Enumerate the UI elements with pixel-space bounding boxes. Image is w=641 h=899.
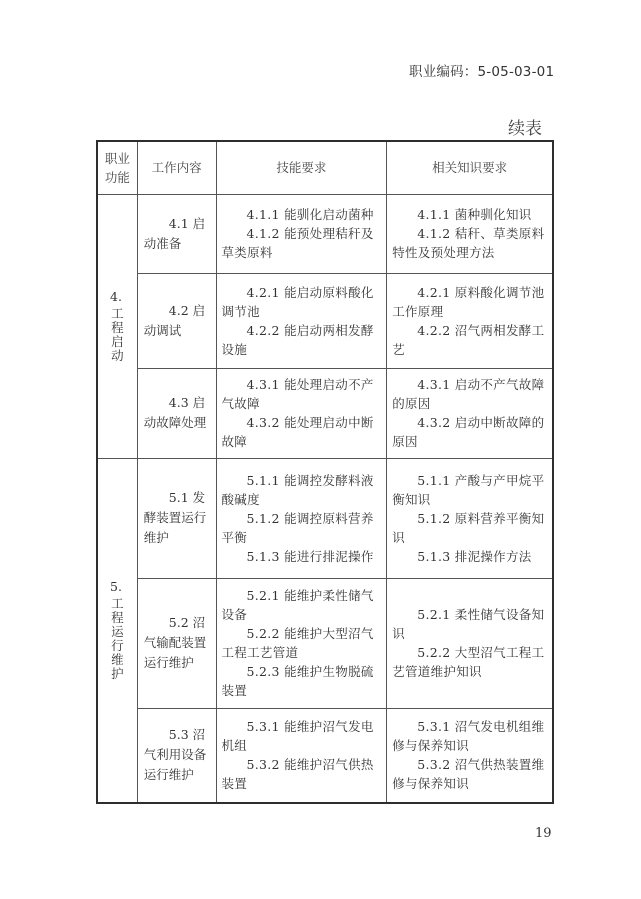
knowledge-item: 5.2.1 柔性储气设备知识 bbox=[392, 605, 548, 643]
skills-cell: 5.2.1 能维护柔性储气设备 5.2.2 能维护大型沼气工程工艺管道 5.2.… bbox=[216, 578, 387, 708]
knowledge-cell: 4.1.1 菌种驯化知识 4.1.2 秸秆、草类原料特性及预处理方法 bbox=[387, 194, 553, 273]
column-header-work: 工作内容 bbox=[137, 141, 216, 194]
column-header-function-line1: 职业 bbox=[105, 151, 130, 166]
table-header-row: 职业 功能 工作内容 技能要求 相关知识要求 bbox=[97, 141, 553, 194]
knowledge-item: 4.3.2 启动中断故障的原因 bbox=[392, 413, 548, 451]
knowledge-item: 5.3.1 沼气发电机组维修与保养知识 bbox=[392, 717, 548, 755]
function-cell-4: 4. 工程启动 bbox=[97, 194, 137, 458]
column-header-knowledge: 相关知识要求 bbox=[387, 141, 553, 194]
skills-table: 职业 功能 工作内容 技能要求 相关知识要求 4. 工程启动 4.1 启动准备 … bbox=[96, 140, 554, 804]
table-row: 4.3 启动故障处理 4.3.1 能处理启动不产气故障 4.3.2 能处理启动中… bbox=[97, 368, 553, 458]
work-content-text: 5.3 沼气利用设备运行维护 bbox=[144, 725, 212, 785]
function-number: 5. bbox=[98, 579, 137, 594]
work-content-cell: 4.3 启动故障处理 bbox=[137, 368, 216, 458]
table-row: 4.2 启动调试 4.2.1 能启动原料酸化调节池 4.2.2 能启动两相发酵设… bbox=[97, 273, 553, 368]
occupation-code: 职业编码：5-05-03-01 bbox=[409, 60, 554, 80]
skill-item: 5.2.1 能维护柔性储气设备 bbox=[222, 586, 383, 624]
page-number: 19 bbox=[535, 826, 552, 841]
column-header-function-line2: 功能 bbox=[105, 170, 130, 185]
work-content-text: 4.2 启动调试 bbox=[144, 301, 212, 341]
skills-cell: 4.3.1 能处理启动不产气故障 4.3.2 能处理启动中断故障 bbox=[216, 368, 387, 458]
knowledge-item: 4.3.1 启动不产气故障的原因 bbox=[392, 375, 548, 413]
skills-cell: 4.2.1 能启动原料酸化调节池 4.2.2 能启动两相发酵设施 bbox=[216, 273, 387, 368]
skill-item: 4.1.1 能驯化启动菌种 bbox=[222, 205, 383, 224]
continued-label: 续表 bbox=[508, 114, 542, 139]
work-content-text: 5.1 发酵装置运行维护 bbox=[144, 488, 212, 548]
knowledge-cell: 4.3.1 启动不产气故障的原因 4.3.2 启动中断故障的原因 bbox=[387, 368, 553, 458]
skill-item: 5.1.2 能调控原料营养平衡 bbox=[222, 509, 383, 547]
skill-item: 4.3.2 能处理启动中断故障 bbox=[222, 413, 383, 451]
skill-item: 4.3.1 能处理启动不产气故障 bbox=[222, 375, 383, 413]
skill-item: 5.2.3 能维护生物脱硫装置 bbox=[222, 662, 383, 700]
skill-item: 5.3.1 能维护沼气发电机组 bbox=[222, 717, 383, 755]
table-row: 5.2 沼气输配装置运行维护 5.2.1 能维护柔性储气设备 5.2.2 能维护… bbox=[97, 578, 553, 708]
function-cell-5: 5. 工程运行维护 bbox=[97, 458, 137, 803]
knowledge-cell: 5.3.1 沼气发电机组维修与保养知识 5.3.2 沼气供热装置维修与保养知识 bbox=[387, 708, 553, 803]
skill-item: 5.2.2 能维护大型沼气工程工艺管道 bbox=[222, 624, 383, 662]
work-content-text: 5.2 沼气输配装置运行维护 bbox=[144, 613, 212, 673]
knowledge-cell: 4.2.1 原料酸化调节池工作原理 4.2.2 沼气两相发酵工艺 bbox=[387, 273, 553, 368]
table-row: 5. 工程运行维护 5.1 发酵装置运行维护 5.1.1 能调控发酵料液酸碱度 … bbox=[97, 458, 553, 578]
work-content-text: 4.1 启动准备 bbox=[144, 214, 212, 254]
work-content-cell: 4.1 启动准备 bbox=[137, 194, 216, 273]
column-header-skills: 技能要求 bbox=[216, 141, 387, 194]
skills-cell: 5.3.1 能维护沼气发电机组 5.3.2 能维护沼气供热装置 bbox=[216, 708, 387, 803]
skills-cell: 5.1.1 能调控发酵料液酸碱度 5.1.2 能调控原料营养平衡 5.1.3 能… bbox=[216, 458, 387, 578]
knowledge-item: 4.1.1 菌种驯化知识 bbox=[392, 205, 548, 224]
skill-item: 5.1.3 能进行排泥操作 bbox=[222, 547, 383, 566]
work-content-cell: 4.2 启动调试 bbox=[137, 273, 216, 368]
skill-item: 5.1.1 能调控发酵料液酸碱度 bbox=[222, 471, 383, 509]
table-row: 5.3 沼气利用设备运行维护 5.3.1 能维护沼气发电机组 5.3.2 能维护… bbox=[97, 708, 553, 803]
function-title: 工程启动 bbox=[110, 307, 124, 363]
knowledge-item: 4.2.1 原料酸化调节池工作原理 bbox=[392, 283, 548, 321]
knowledge-item: 5.3.2 沼气供热装置维修与保养知识 bbox=[392, 755, 548, 793]
work-content-cell: 5.1 发酵装置运行维护 bbox=[137, 458, 216, 578]
work-content-cell: 5.2 沼气输配装置运行维护 bbox=[137, 578, 216, 708]
work-content-cell: 5.3 沼气利用设备运行维护 bbox=[137, 708, 216, 803]
knowledge-cell: 5.2.1 柔性储气设备知识 5.2.2 大型沼气工程工艺管道维护知识 bbox=[387, 578, 553, 708]
skill-item: 4.2.1 能启动原料酸化调节池 bbox=[222, 283, 383, 321]
column-header-function: 职业 功能 bbox=[97, 141, 137, 194]
knowledge-cell: 5.1.1 产酸与产甲烷平衡知识 5.1.2 原料营养平衡知识 5.1.3 排泥… bbox=[387, 458, 553, 578]
knowledge-item: 5.1.1 产酸与产甲烷平衡知识 bbox=[392, 471, 548, 509]
function-title: 工程运行维护 bbox=[110, 597, 124, 681]
knowledge-item: 4.2.2 沼气两相发酵工艺 bbox=[392, 321, 548, 359]
knowledge-item: 5.1.2 原料营养平衡知识 bbox=[392, 509, 548, 547]
skill-item: 4.1.2 能预处理秸秆及草类原料 bbox=[222, 224, 383, 262]
knowledge-item: 5.2.2 大型沼气工程工艺管道维护知识 bbox=[392, 643, 548, 681]
skill-item: 4.2.2 能启动两相发酵设施 bbox=[222, 321, 383, 359]
work-content-text: 4.3 启动故障处理 bbox=[144, 393, 212, 433]
skills-cell: 4.1.1 能驯化启动菌种 4.1.2 能预处理秸秆及草类原料 bbox=[216, 194, 387, 273]
skill-item: 5.3.2 能维护沼气供热装置 bbox=[222, 755, 383, 793]
function-number: 4. bbox=[98, 289, 137, 304]
knowledge-item: 5.1.3 排泥操作方法 bbox=[392, 547, 548, 566]
table-row: 4. 工程启动 4.1 启动准备 4.1.1 能驯化启动菌种 4.1.2 能预处… bbox=[97, 194, 553, 273]
knowledge-item: 4.1.2 秸秆、草类原料特性及预处理方法 bbox=[392, 224, 548, 262]
